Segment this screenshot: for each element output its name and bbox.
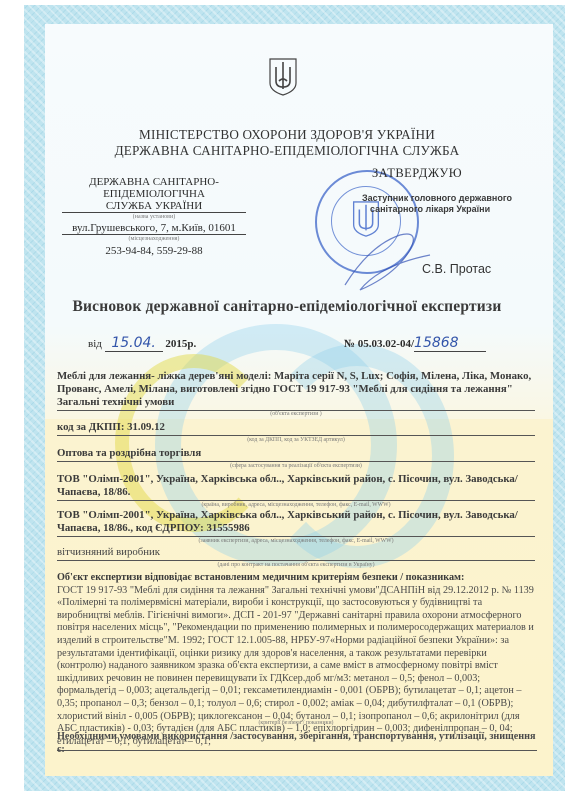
institution-name-line1: ДЕРЖАВНА САНІТАРНО-ЕПІДЕМІОЛОГІЧНА bbox=[62, 176, 246, 200]
document-title: Висновок державної санітарно-епідеміолог… bbox=[0, 298, 574, 316]
document-date: від 15.04. 2015р. bbox=[88, 335, 196, 352]
document-number: № 05.03.02-04/15868 bbox=[344, 335, 486, 352]
institution-name-line2: СЛУЖБА УКРАЇНИ bbox=[62, 200, 246, 213]
manufacturer: ТОВ "Олімп-2001", Україна, Харківська об… bbox=[57, 473, 535, 501]
approval-title: ЗАТВЕРДЖУЮ bbox=[372, 166, 462, 181]
usage-conditions: Необхідними умовами використання /застос… bbox=[57, 731, 537, 756]
criteria-heading: Об'єкт експертизи відповідає встановлени… bbox=[57, 572, 537, 585]
address-caption: (місцезнаходження) bbox=[62, 235, 246, 244]
signature bbox=[340, 225, 450, 295]
service-name: ДЕРЖАВНА САНІТАРНО-ЕПІДЕМІОЛОГІЧНА СЛУЖБ… bbox=[0, 143, 574, 159]
manufacturer-caption: (країна, виробник, адреса, місцезнаходже… bbox=[57, 502, 535, 508]
approver-name: С.В. Протас bbox=[422, 262, 491, 276]
applicant-caption: (заявник експертизи, адреса, місцезнаход… bbox=[57, 538, 535, 544]
sphere-caption: (сфера застосування та реалізації об'єкт… bbox=[57, 463, 535, 469]
number-handwritten: 15868 bbox=[414, 335, 486, 352]
applicant: ТОВ "Олімп-2001", Україна, Харківська об… bbox=[57, 509, 535, 537]
contract-info: вітчизняний виробник bbox=[57, 546, 535, 561]
contract-caption: (дані про контракт на постачання об'єкта… bbox=[57, 562, 535, 568]
date-handwritten: 15.04. bbox=[105, 335, 163, 352]
product-code: код за ДКПП: 31.09.12 bbox=[57, 421, 535, 436]
institution-caption: (назва установи) bbox=[62, 213, 246, 222]
approval-position: Заступник головного державного санітарно… bbox=[362, 193, 512, 215]
institution-phones: 253-94-84, 559-29-88 bbox=[62, 245, 246, 257]
institution-block: ДЕРЖАВНА САНІТАРНО-ЕПІДЕМІОЛОГІЧНА СЛУЖБ… bbox=[62, 176, 246, 257]
trident-coat-of-arms-icon bbox=[268, 57, 298, 97]
application-sphere: Оптова та роздрібна торгівля bbox=[57, 447, 535, 462]
institution-address: вул.Грушевського, 7, м.Київ, 01601 bbox=[62, 222, 246, 235]
expertise-object: Меблі для лежання- ліжка дерев'яні модел… bbox=[57, 370, 535, 411]
object-caption: (об'єкта експертизи ) bbox=[57, 411, 535, 417]
ministry-name: МІНІСТЕРСТВО ОХОРОНИ ЗДОРОВ'Я УКРАЇНИ bbox=[0, 127, 574, 143]
criteria-caption: (критерії безпеки / показники) bbox=[57, 720, 535, 726]
code-caption: (код за ДКПП, код за УКТЗЕД артикул) bbox=[57, 437, 535, 443]
